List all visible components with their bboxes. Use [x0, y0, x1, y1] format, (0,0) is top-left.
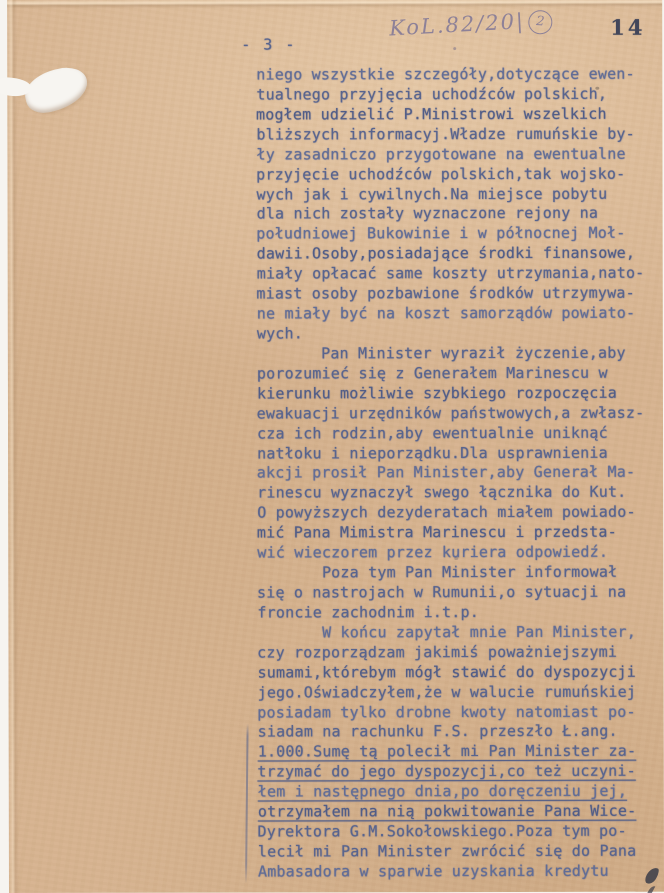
typed-line: Ambasadora w sparwie uzyskania kredytu: [258, 862, 658, 883]
paper-speck: [595, 87, 599, 90]
typed-line: dla nich zostały wyznaczone rejony na: [257, 204, 657, 225]
archival-reference-circled-number: 2: [528, 9, 554, 35]
typed-line: Poza tym Pan Minister informował: [257, 563, 657, 584]
page-number-stamp: 14: [610, 15, 645, 40]
archival-reference-text: KoL.82/20|: [389, 9, 526, 40]
typed-line: W końcu zapytał mnie Pan Minister,: [257, 622, 657, 643]
typed-line: siadam na rachunku F.S. przeszło Ł.ang.: [258, 722, 658, 743]
typed-line: froncie zachodnim i.t.p.: [257, 603, 657, 624]
typed-line: łem i następnego dnia,po doręczeniu jej,: [258, 782, 658, 803]
typed-line: posiadam tylko drobne kwoty natomiast po…: [257, 702, 657, 723]
typed-line: wić wieczorem przez kuriera odpowiedź.: [257, 543, 657, 564]
typed-line: lecił mi Pan Minister zwrócić się do Pan…: [258, 842, 658, 863]
typed-line: mogłem udzielić P.Ministrowi wszelkich: [256, 104, 656, 125]
typed-line: ne miały być na koszt samorządów powiato…: [257, 304, 657, 325]
typed-line: dawii.Osoby,posiadające środki finansowe…: [257, 244, 657, 265]
typed-line: wych.: [257, 324, 657, 345]
typed-line: miały opłacać same koszty utrzymania,nat…: [257, 264, 657, 285]
fold-crease-horizontal-lower: [7, 0, 662, 8]
pencil-dot: [453, 47, 456, 50]
typed-line: cza ich rodzin,aby ewentualnie uniknąć: [257, 423, 657, 444]
typed-line: miast osoby pozbawione środków utrzymywa…: [256, 284, 656, 305]
typed-line: otrzymałem na nią pokwitowanie Pana Wice…: [258, 802, 658, 823]
typed-line: jego.Oświadczyłem,że w walucie rumuńskie…: [258, 682, 658, 703]
paper-speck: [454, 557, 458, 560]
typed-line: trzymać do jego dyspozycji,co też uczyni…: [257, 762, 657, 783]
typed-line: południowej Bukowinie i w północnej Moł-: [256, 224, 656, 245]
fold-crease-vertical-right: [7, 0, 19, 893]
typed-line: akcji prosił Pan Minister,aby Generał Ma…: [257, 463, 657, 484]
typed-line: Pan Minister wyraził życzenie,aby: [256, 344, 656, 365]
paper-sheet: KoL.82/20|2 14 - 3 - niego wszystkie szc…: [7, 0, 664, 893]
typed-line: bliższych informacyj.Władze rumuńskie by…: [256, 124, 656, 145]
typed-line: rinescu wyznaczył swego łącznika do Kut.: [257, 483, 657, 504]
typed-line: sumami,którebym mógł stawić do dyspozycj…: [258, 662, 658, 683]
typed-line: kierunku możliwie szybkiego rozpoczęcia: [257, 383, 657, 404]
margin-pen-line: [245, 723, 249, 883]
typed-line: O powyższych dezyderatach miałem powiado…: [257, 503, 657, 524]
archival-reference-handwriting: KoL.82/20|2: [389, 8, 553, 45]
typed-line: natłoku i nieporządku.Dla usprawnienia: [257, 443, 657, 464]
typed-line: się o nastrojach w Rumunii,o sytuacji na: [257, 583, 657, 604]
paper-tear-top-left: [20, 63, 92, 117]
typed-line: niego wszystkie szczegóły,dotyczące ewen…: [256, 65, 656, 86]
typed-line: Dyrektora G.M.Sokołowskiego.Poza tym po-: [257, 822, 657, 843]
typed-line: 1.000.Sumę tą polecił mi Pan Minister za…: [258, 742, 658, 763]
typed-body-text: niego wszystkie szczegóły,dotyczące ewen…: [256, 65, 658, 883]
typed-line: czy rozporządzam jakimiś poważniejszymi: [257, 642, 657, 663]
typed-line: mić Pana Mimistra Marinescu i przedsta-: [257, 523, 657, 544]
typed-line: ewakuacji urzędników państwowych,a zwłas…: [257, 403, 657, 424]
typed-line: porozumieć się z Generałem Marinescu w: [257, 363, 657, 384]
typed-line: przyjęcie uchodźców polskich,tak wojsko-: [256, 164, 656, 185]
typed-line: ły zasadniczo przygotowane na ewentualne: [256, 144, 656, 165]
scanned-document: KoL.82/20|2 14 - 3 - niego wszystkie szc…: [0, 0, 664, 893]
fold-crease-horizontal-upper: [7, 0, 662, 9]
typed-page-marker: - 3 -: [241, 35, 296, 53]
typed-line: wych jak i cywilnych.Na miejsce pobytu: [257, 184, 657, 205]
